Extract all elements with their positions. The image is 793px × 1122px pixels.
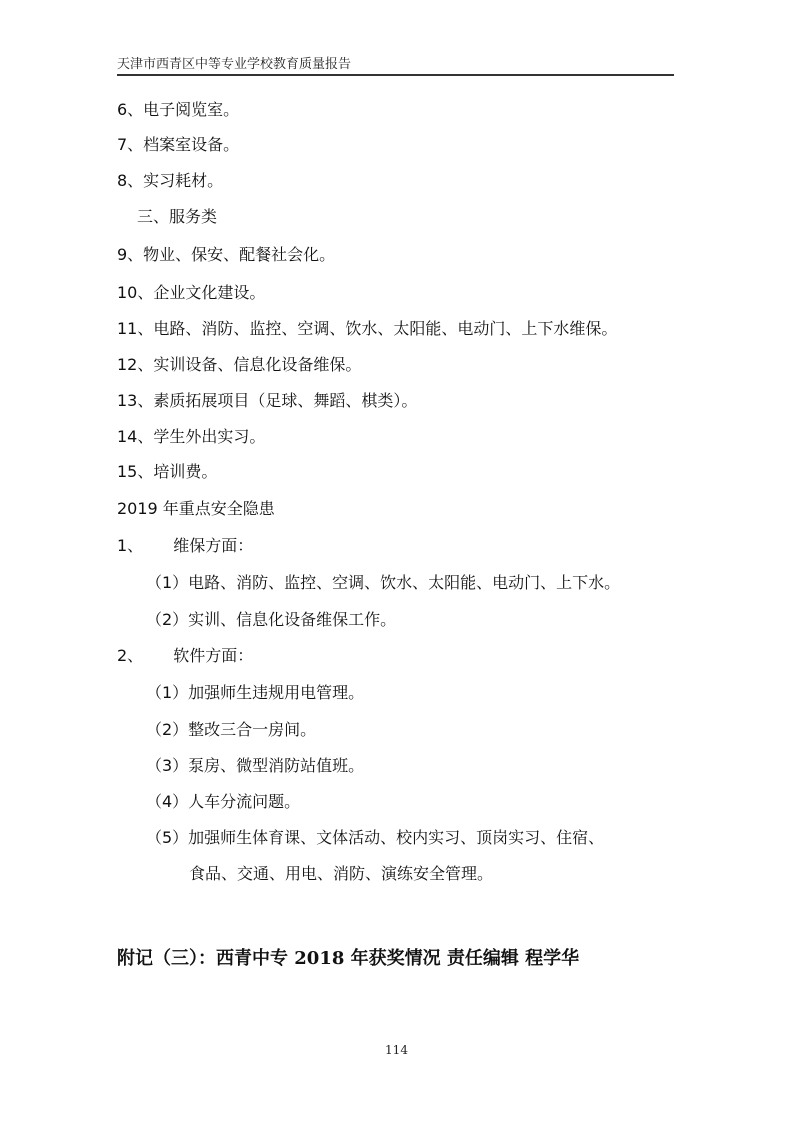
hazard-group-1-label: 维保方面： — [173, 536, 253, 555]
hazard-1-item-2: （2）实训、信息化设备维保工作。 — [146, 610, 396, 630]
list-item-13: 13、素质拓展项目（足球、舞蹈、棋类）。 — [117, 391, 417, 411]
hazard-group-2-number: 2、 — [117, 646, 143, 665]
hazard-1-item-1: （1）电路、消防、监控、空调、饮水、太阳能、电动门、上下水。 — [146, 573, 620, 593]
list-item-14: 14、学生外出实习。 — [117, 427, 265, 447]
hazard-2-item-5-continuation: 食品、交通、用电、消防、演练安全管理。 — [189, 864, 493, 884]
header-divider — [117, 74, 674, 76]
hazard-2-item-3: （3）泵房、微型消防站值班。 — [146, 756, 364, 776]
list-item-11: 11、电路、消防、监控、空调、饮水、太阳能、电动门、上下水维保。 — [117, 319, 617, 339]
hazard-group-1: 1、维保方面： — [117, 536, 253, 556]
hazard-2-item-4: （4）人车分流问题。 — [146, 792, 300, 812]
list-item-12: 12、实训设备、信息化设备维保。 — [117, 355, 361, 375]
list-item-6: 6、电子阅览室。 — [117, 100, 239, 120]
hazards-title: 2019 年重点安全隐患 — [117, 499, 275, 519]
hazard-group-1-number: 1、 — [117, 536, 143, 555]
list-item-7: 7、档案室设备。 — [117, 135, 239, 155]
list-item-15: 15、培训费。 — [117, 462, 217, 482]
hazard-2-item-1: （1）加强师生违规用电管理。 — [146, 683, 364, 703]
hazard-2-item-5: （5）加强师生体育课、文体活动、校内实习、顶岗实习、住宿、 — [146, 828, 604, 848]
header-title: 天津市西青区中等专业学校教育质量报告 — [117, 57, 674, 73]
page-number: 114 — [0, 1043, 793, 1057]
hazard-group-2: 2、软件方面： — [117, 646, 253, 666]
page-header: 天津市西青区中等专业学校教育质量报告 — [117, 57, 674, 73]
appendix-heading: 附记（三）：西青中专 2018 年获奖情况 责任编辑 程学华 — [117, 948, 579, 970]
hazard-2-item-2: （2）整改三合一房间。 — [146, 720, 316, 740]
hazard-group-2-label: 软件方面： — [173, 646, 253, 665]
section-heading-services: 三、服务类 — [137, 207, 217, 227]
list-item-8: 8、实习耗材。 — [117, 171, 223, 191]
list-item-10: 10、企业文化建设。 — [117, 283, 265, 303]
list-item-9: 9、物业、保安、配餐社会化。 — [117, 245, 335, 265]
